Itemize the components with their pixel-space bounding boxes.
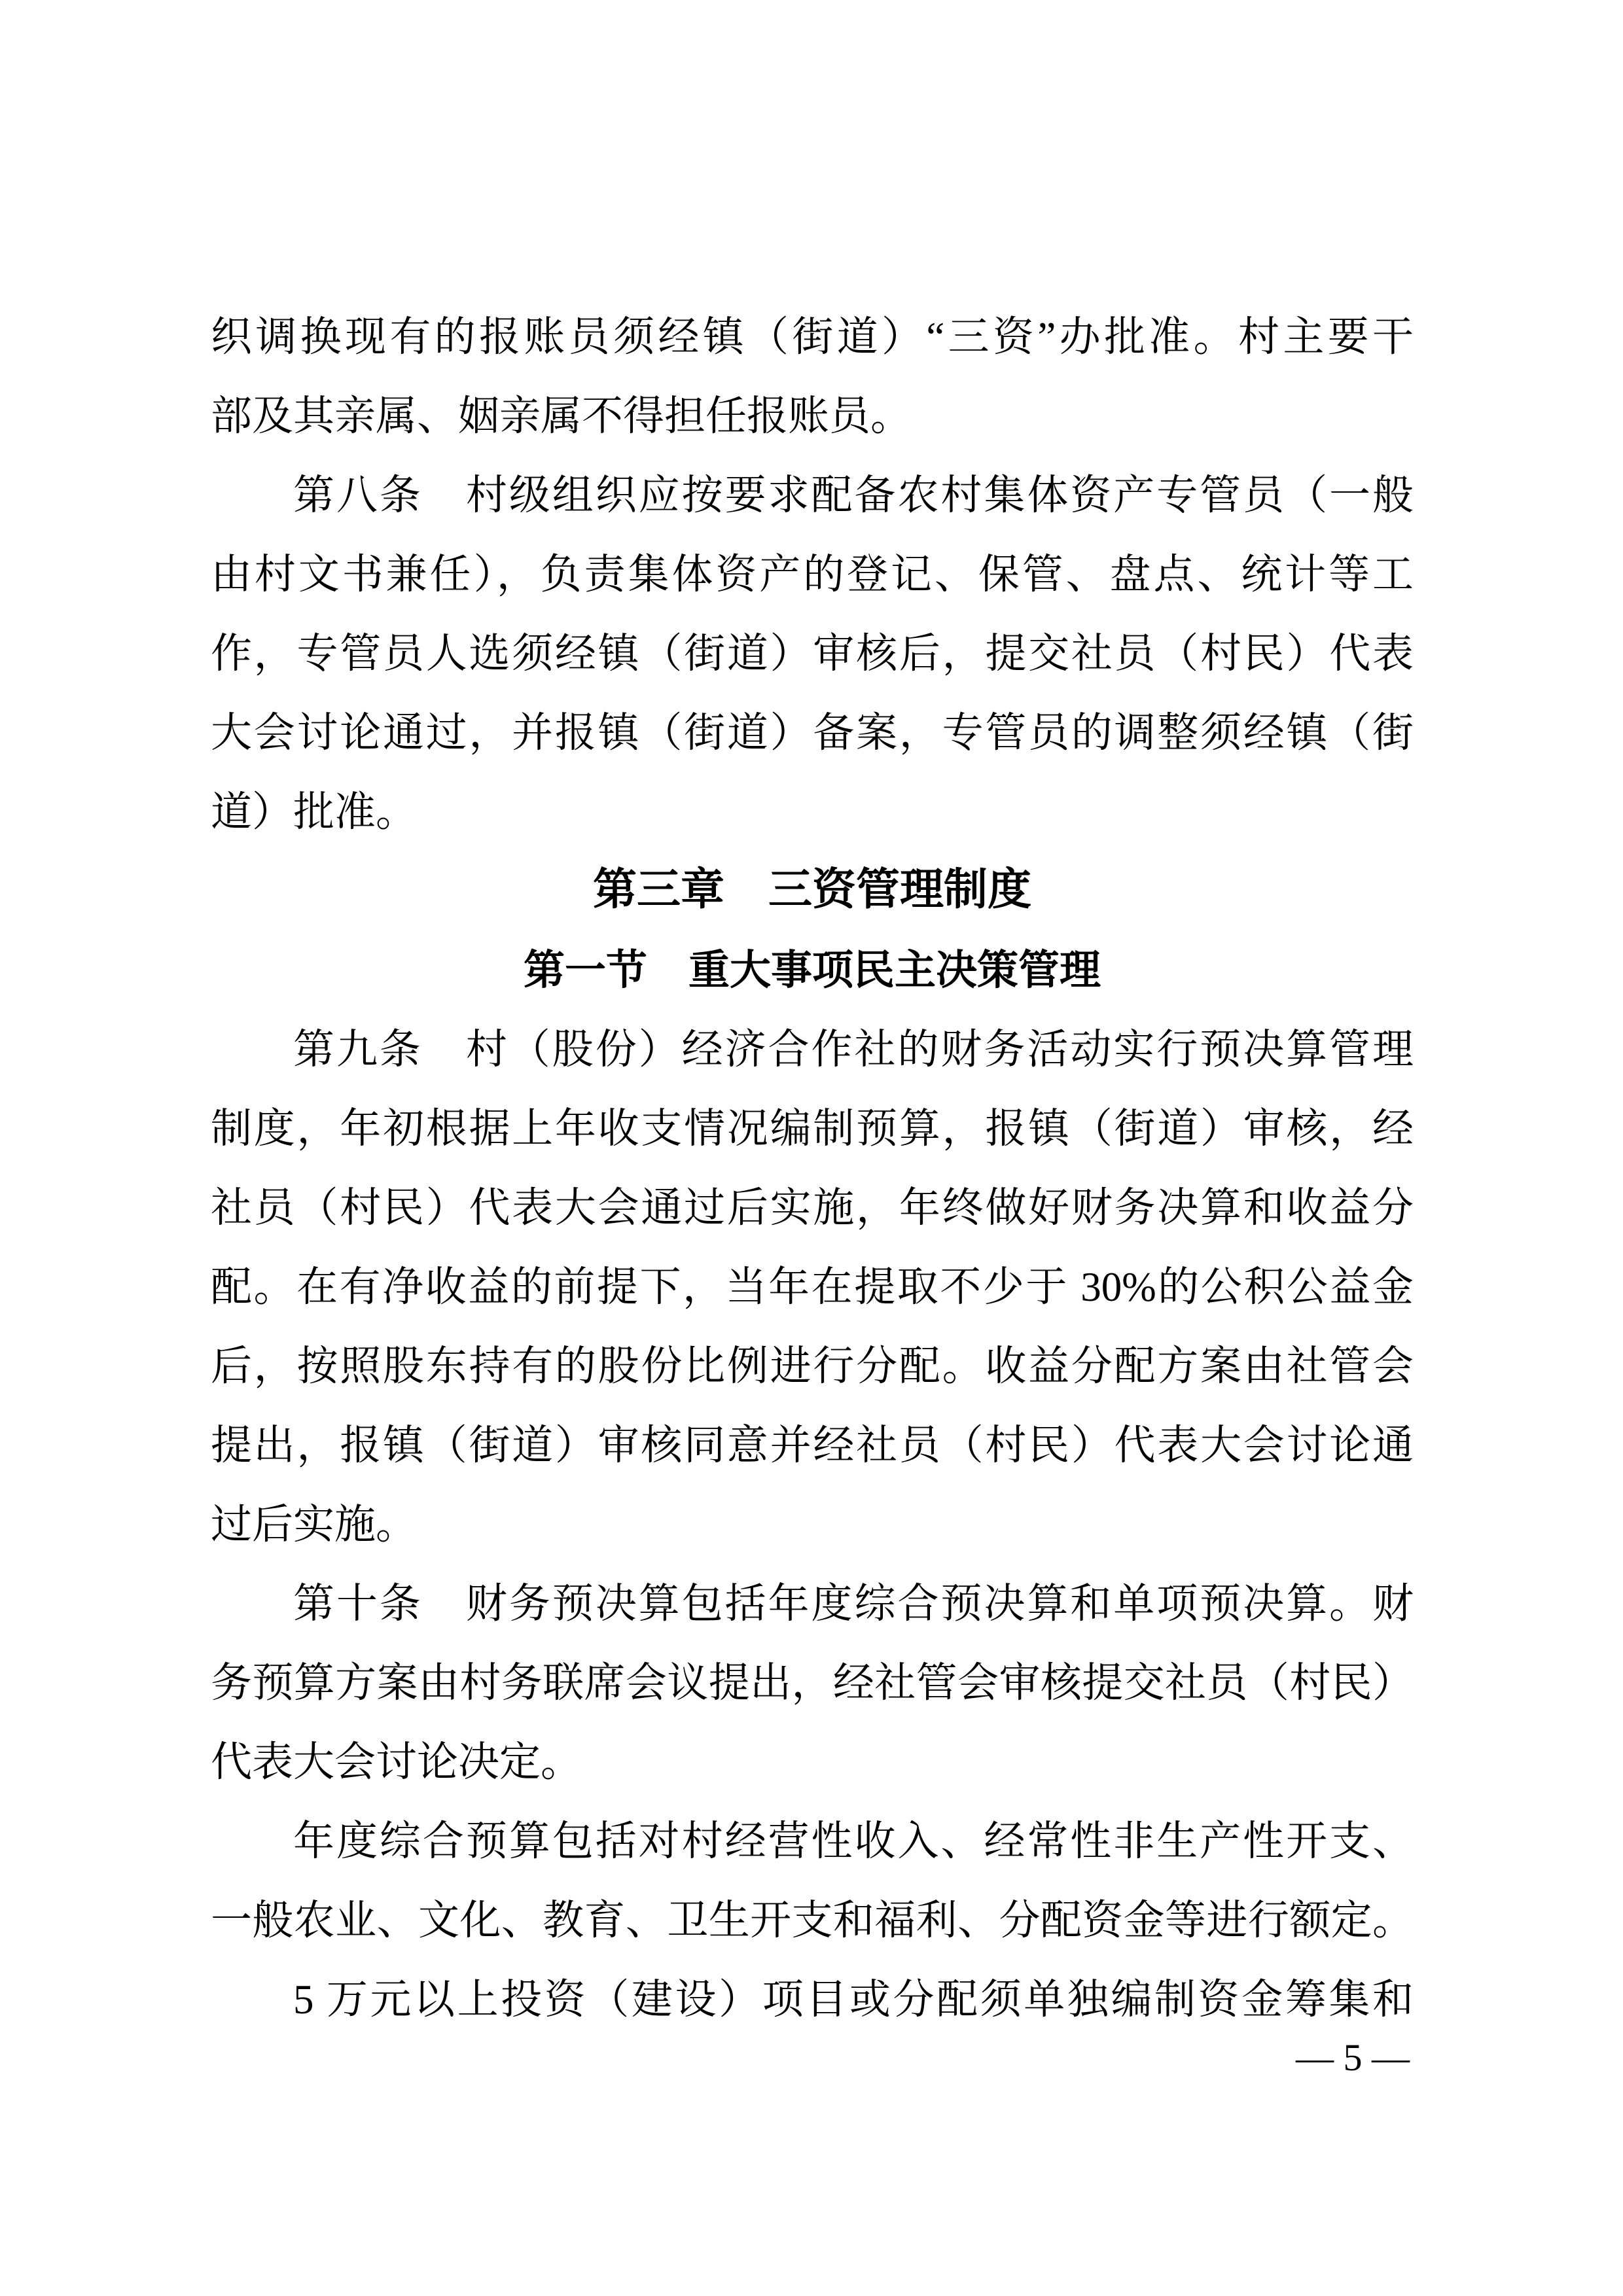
body-line-19: 代表大会讨论决定。	[211, 1734, 1414, 1790]
body-line-15: 提出，报镇（街道）审核同意并经社员（村民）代表大会讨论通	[211, 1417, 1414, 1474]
body-line-13: 配。在有净收益的前提下，当年在提取不少于 30%的公积公益金	[211, 1259, 1414, 1315]
body-line-12: 社员（村民）代表大会通过后实施，年终做好财务决算和收益分	[211, 1180, 1414, 1236]
body-line-7: 道）批准。	[211, 784, 1414, 840]
body-line-1: 织调换现有的报账员须经镇（街道）“三资”办批准。村主要干	[211, 309, 1414, 365]
document-page: 织调换现有的报账员须经镇（街道）“三资”办批准。村主要干 部及其亲属、姻亲属不得…	[0, 0, 1623, 2296]
body-line-14: 后，按照股东持有的股份比例进行分配。收益分配方案由社管会	[211, 1338, 1414, 1394]
body-line-2: 部及其亲属、姻亲属不得担任报账员。	[211, 388, 1414, 444]
body-line-17-article-10: 第十条 财务预决算包括年度综合预决算和单项预决算。财	[211, 1576, 1414, 1632]
body-line-10-article-9: 第九条 村（股份）经济合作社的财务活动实行预决算管理	[211, 1021, 1414, 1078]
body-line-20: 年度综合预算包括对村经营性收入、经常性非生产性开支、	[211, 1813, 1414, 1869]
body-line-16: 过后实施。	[211, 1496, 1414, 1553]
chapter-3-heading: 第三章 三资管理制度	[211, 861, 1414, 919]
page-number: — 5 —	[1296, 2036, 1410, 2079]
body-line-6: 大会讨论通过，并报镇（街道）备案，专管员的调整须经镇（街	[211, 705, 1414, 761]
body-line-22: 5 万元以上投资（建设）项目或分配须单独编制资金筹集和	[211, 1971, 1414, 2028]
body-line-21: 一般农业、文化、教育、卫生开支和福利、分配资金等进行额定。	[211, 1892, 1414, 1949]
body-line-18: 务预算方案由村务联席会议提出，经社管会审核提交社员（村民）	[211, 1655, 1414, 1711]
body-line-5: 作，专管员人选须经镇（街道）审核后，提交社员（村民）代表	[211, 626, 1414, 682]
section-1-heading: 第一节 重大事项民主决策管理	[211, 942, 1414, 998]
body-line-4: 由村文书兼任），负责集体资产的登记、保管、盘点、统计等工	[211, 546, 1414, 603]
body-line-3-article-8: 第八条 村级组织应按要求配备农村集体资产专管员（一般	[211, 467, 1414, 523]
body-line-11: 制度，年初根据上年收支情况编制预算，报镇（街道）审核，经	[211, 1101, 1414, 1157]
